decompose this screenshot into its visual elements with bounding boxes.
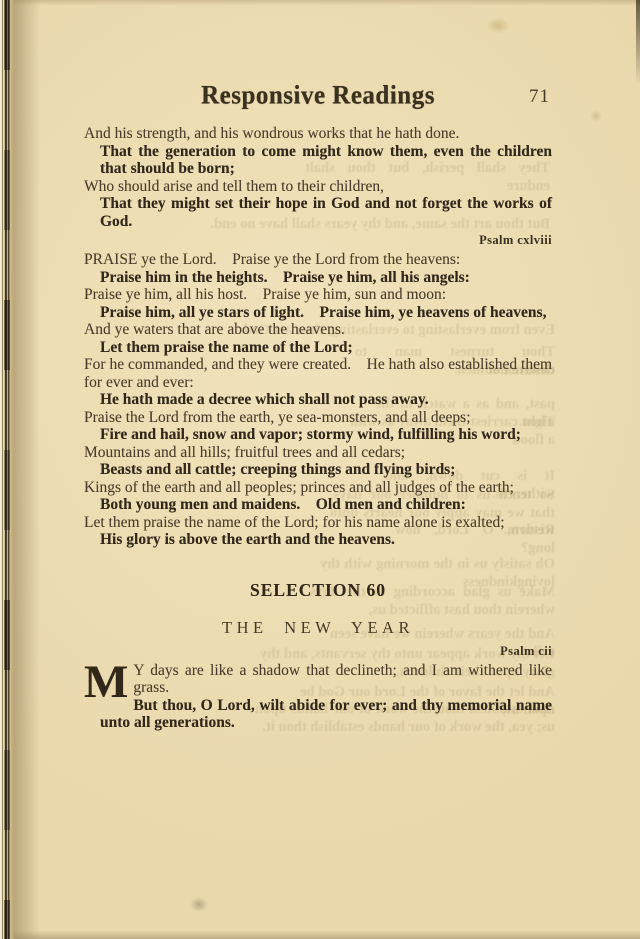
reading-line: And ye waters that are above the heavens… <box>84 321 552 339</box>
reading-line: Mountains and all hills; fruitful trees … <box>84 444 552 462</box>
reading-line: And his strength, and his wondrous works… <box>84 125 552 143</box>
reading-line-text: Y days are like a shadow that declineth;… <box>133 662 552 697</box>
reading-line: MY days are like a shadow that declineth… <box>84 662 552 697</box>
reading-line: Praise the Lord from the earth, ye sea-m… <box>84 409 552 427</box>
reading-response-line: Beasts and all cattle; creeping things a… <box>84 461 552 479</box>
page-stain <box>190 897 208 912</box>
psalm-attribution: Psalm cxlviii <box>84 232 552 248</box>
reading-response-line: Praise him, all ye stars of light. Prais… <box>84 304 552 322</box>
psalm-attribution: Psalm cii <box>84 643 552 659</box>
reading-response-line: His glory is above the earth and the hea… <box>84 531 552 549</box>
reading-response-line: That the generation to come might know t… <box>84 143 552 178</box>
reading-response-line: But thou, O Lord, wilt abide for ever; a… <box>84 697 552 732</box>
running-head: Responsive Readings 71 <box>84 82 552 112</box>
reading-response-line: He hath made a decree which shall not pa… <box>84 391 552 409</box>
book-page: They shall perish, but thou shalt endure… <box>0 0 640 939</box>
selection-heading: SELECTION 60 <box>84 580 552 601</box>
reading-text-column: And his strength, and his wondrous works… <box>84 125 552 732</box>
reading-line: Who should arise and tell them to their … <box>84 178 552 196</box>
reading-response-line: Praise him in the heights. Praise ye him… <box>84 269 552 287</box>
reading-line: Praise ye him, all his host. Praise ye h… <box>84 286 552 304</box>
reading-response-line: That they might set their hope in God an… <box>84 195 552 230</box>
book-binding-edge <box>0 0 40 939</box>
reading-line: Kings of the earth and all peoples; prin… <box>84 479 552 497</box>
reading-response-line: Let them praise the name of the Lord; <box>84 339 552 357</box>
page-number: 71 <box>529 86 550 108</box>
reading-line: PRAISE ye the Lord. Praise ye the Lord f… <box>84 251 552 269</box>
reading-line: For he commanded, and they were created.… <box>84 356 552 391</box>
reading-response-line: Fire and hail, snow and vapor; stormy wi… <box>84 426 552 444</box>
reading-line: Let them praise the name of the Lord; fo… <box>84 514 552 532</box>
selection-title: THE NEW YEAR <box>84 618 552 638</box>
page-edge-shadow <box>636 0 640 85</box>
page-stain <box>486 17 510 34</box>
reading-response-line: Both young men and maidens. Old men and … <box>84 496 552 514</box>
running-head-title: Responsive Readings <box>84 81 552 110</box>
page-stain <box>590 110 602 122</box>
drop-cap: M <box>84 662 133 699</box>
